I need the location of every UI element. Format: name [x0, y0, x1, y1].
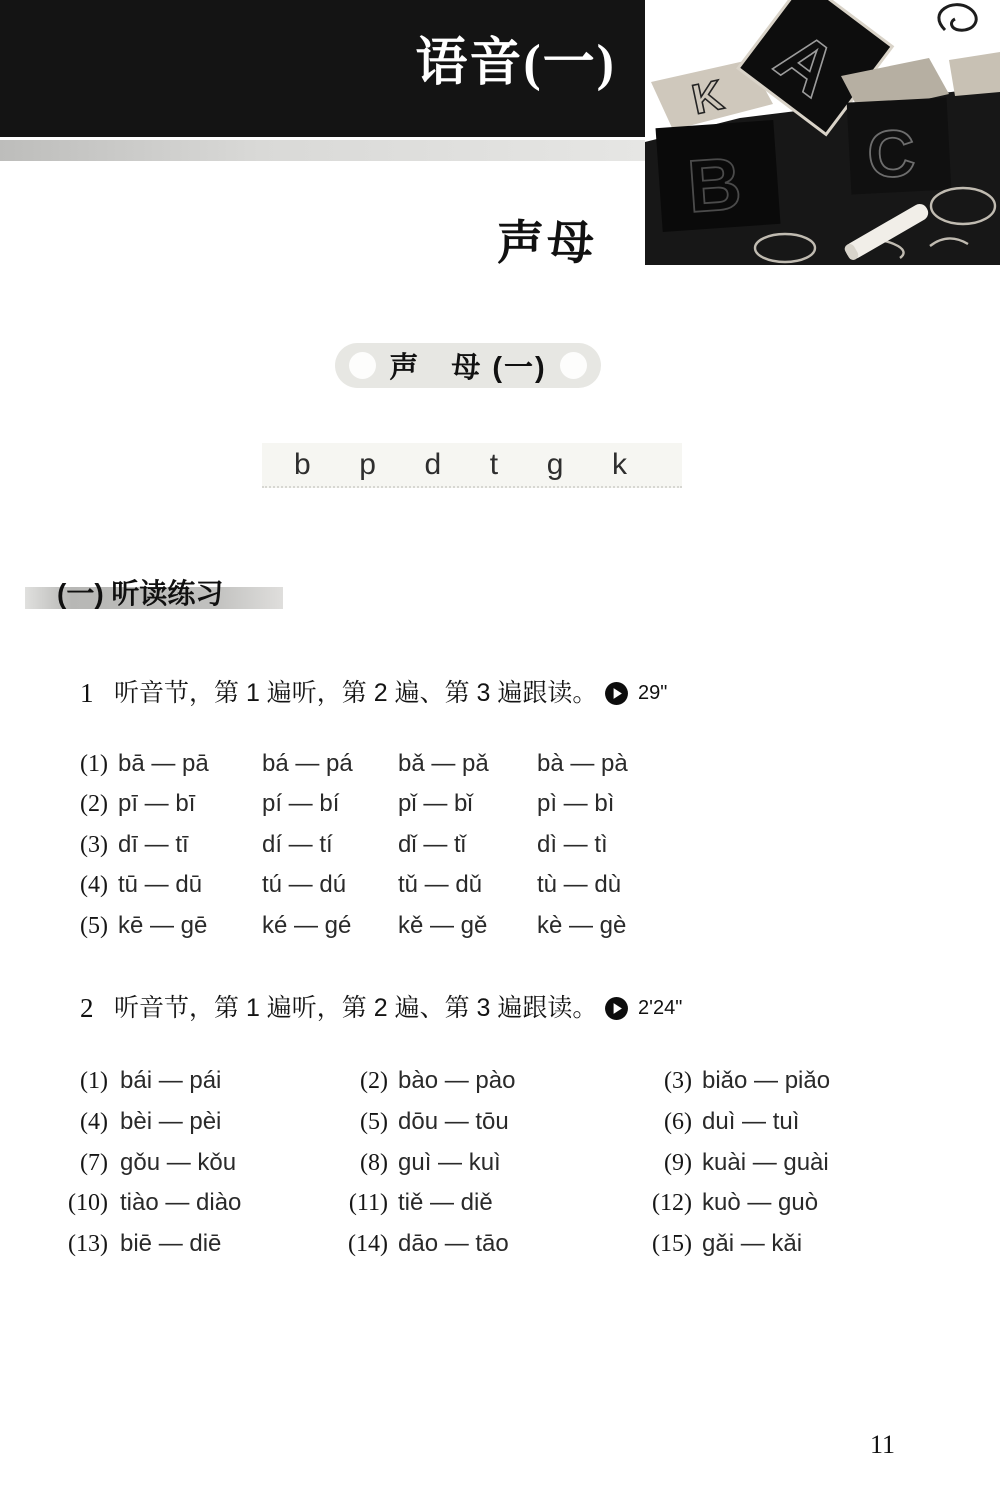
initial-letter: k — [612, 448, 627, 482]
item-number: (6) — [600, 1102, 692, 1143]
exercise1-table: (1) bā — pā bá — pá bǎ — pǎ bà — pà (2) … — [0, 744, 1000, 946]
pinyin-pair: ké — gé — [262, 906, 351, 946]
pinyin-row: (10) tiào — diào (11) tiě — diě (12) kuò… — [0, 1183, 1000, 1224]
pinyin-row: (2) pī — bī pí — bí pǐ — bǐ pì — bì — [0, 784, 1000, 824]
exercise1-number: 1 — [80, 676, 94, 710]
pinyin-pair: duì — tuì — [702, 1102, 799, 1143]
pinyin-pair: biē — diē — [120, 1224, 221, 1265]
item-number: (3) — [600, 1061, 692, 1102]
item-number: (7) — [0, 1143, 108, 1184]
item-number: (12) — [600, 1183, 692, 1224]
exercise2-table: (1) bái — pái (2) bào — pào (3) biǎo — p… — [0, 1061, 1000, 1265]
pinyin-row: (1) bā — pā bá — pá bǎ — pǎ bà — pà — [0, 744, 1000, 784]
pinyin-pair: dǐ — tǐ — [398, 825, 466, 865]
pinyin-pair: pì — bì — [537, 784, 614, 824]
initials-strip: b p d t g k — [262, 443, 682, 488]
section-heading: (一) 听读练习 — [57, 572, 223, 612]
pinyin-pair: dōu — tōu — [398, 1102, 509, 1143]
exercise1-duration: 29" — [638, 676, 667, 710]
item-number: (14) — [298, 1224, 388, 1265]
exercise2-duration: 2'24" — [638, 991, 682, 1025]
exercise2-number: 2 — [80, 991, 94, 1025]
pinyin-pair: tú — dú — [262, 865, 346, 905]
pinyin-pair: bǎ — pǎ — [398, 744, 489, 784]
pinyin-pair: bái — pái — [120, 1061, 221, 1102]
item-number: (9) — [600, 1143, 692, 1184]
item-number: (13) — [0, 1224, 108, 1265]
row-number: (3) — [0, 825, 108, 865]
alphabet-blocks-illustration: K A B C — [645, 0, 1000, 265]
pinyin-pair: dì — tì — [537, 825, 608, 865]
chapter-banner: 语音(一) — [0, 0, 648, 137]
pinyin-pair: bá — pá — [262, 744, 353, 784]
pinyin-row: (4) tū — dū tú — dú tǔ — dǔ tù — dù — [0, 865, 1000, 905]
pinyin-pair: kè — gè — [537, 906, 626, 946]
pinyin-pair: kē — gē — [118, 906, 207, 946]
pinyin-pair: guì — kuì — [398, 1143, 501, 1184]
initial-letter: p — [359, 448, 376, 482]
pinyin-row: (3) dī — tī dí — tí dǐ — tǐ dì — tì — [0, 825, 1000, 865]
pinyin-pair: dí — tí — [262, 825, 333, 865]
row-number: (5) — [0, 906, 108, 946]
row-number: (2) — [0, 784, 108, 824]
pinyin-pair: tiào — diào — [120, 1183, 241, 1224]
pinyin-pair: pí — bí — [262, 784, 339, 824]
alphabet-blocks-photo: K A B C — [645, 0, 1000, 265]
item-number: (11) — [298, 1183, 388, 1224]
pinyin-pair: bào — pào — [398, 1061, 515, 1102]
play-icon — [604, 681, 629, 706]
pinyin-pair: dāo — tāo — [398, 1224, 509, 1265]
svg-text:C: C — [865, 115, 916, 191]
pinyin-pair: tū — dū — [118, 865, 202, 905]
pinyin-pair: tǔ — dǔ — [398, 865, 482, 905]
pinyin-pair: bà — pà — [537, 744, 628, 784]
pill-dot-left-icon — [349, 352, 376, 379]
item-number: (2) — [298, 1061, 388, 1102]
item-number: (4) — [0, 1102, 108, 1143]
exercise1-heading: 1 听音节，第 1 遍听，第 2 遍、第 3 遍跟读。 29" — [0, 676, 1000, 710]
exercise1-instruction: 听音节，第 1 遍听，第 2 遍、第 3 遍跟读。 — [114, 676, 597, 710]
pinyin-row: (5) kē — gē ké — gé kě — gě kè — gè — [0, 906, 1000, 946]
exercise2-heading: 2 听音节，第 1 遍听，第 2 遍、第 3 遍跟读。 2'24" — [0, 991, 1000, 1025]
pinyin-pair: tù — dù — [537, 865, 621, 905]
initial-letter: t — [490, 448, 498, 482]
pinyin-pair: bèi — pèi — [120, 1102, 221, 1143]
item-number: (8) — [298, 1143, 388, 1184]
pinyin-pair: kuò — guò — [702, 1183, 818, 1224]
pinyin-row: (4) bèi — pèi (5) dōu — tōu (6) duì — tu… — [0, 1102, 1000, 1143]
pinyin-pair: biǎo — piǎo — [702, 1061, 830, 1102]
page-heading: 声母 — [497, 206, 597, 273]
row-number: (4) — [0, 865, 108, 905]
pinyin-pair: kě — gě — [398, 906, 487, 946]
subsection-pill: 声 母 (一) — [335, 343, 601, 388]
subsection-title: 声 母 (一) — [389, 345, 546, 386]
pinyin-pair: bā — pā — [118, 744, 209, 784]
chapter-title: 语音(一) — [415, 20, 616, 95]
initial-letter: d — [425, 448, 442, 482]
play-icon — [604, 996, 629, 1021]
page-number: 11 — [870, 1430, 895, 1460]
pinyin-pair: gǎi — kǎi — [702, 1224, 802, 1265]
initial-letter: g — [547, 448, 564, 482]
svg-text:B: B — [685, 142, 744, 229]
pinyin-row: (13) biē — diē (14) dāo — tāo (15) gǎi —… — [0, 1224, 1000, 1265]
exercise2-instruction: 听音节，第 1 遍听，第 2 遍、第 3 遍跟读。 — [114, 991, 597, 1025]
initial-letter: b — [294, 448, 311, 482]
pinyin-pair: gǒu — kǒu — [120, 1143, 236, 1184]
pinyin-pair: tiě — diě — [398, 1183, 493, 1224]
pinyin-pair: dī — tī — [118, 825, 189, 865]
pinyin-pair: kuài — guài — [702, 1143, 829, 1184]
block-b: B — [656, 120, 781, 232]
textbook-page: 语音(一) K A — [0, 0, 1000, 1499]
pinyin-pair: pǐ — bǐ — [398, 784, 473, 824]
banner-underline — [0, 140, 648, 161]
pinyin-row: (1) bái — pái (2) bào — pào (3) biǎo — p… — [0, 1061, 1000, 1102]
pinyin-row: (7) gǒu — kǒu (8) guì — kuì (9) kuài — g… — [0, 1143, 1000, 1184]
pill-dot-right-icon — [560, 352, 587, 379]
item-number: (15) — [600, 1224, 692, 1265]
item-number: (10) — [0, 1183, 108, 1224]
item-number: (1) — [0, 1061, 108, 1102]
pinyin-pair: pī — bī — [118, 784, 195, 824]
item-number: (5) — [298, 1102, 388, 1143]
row-number: (1) — [0, 744, 108, 784]
